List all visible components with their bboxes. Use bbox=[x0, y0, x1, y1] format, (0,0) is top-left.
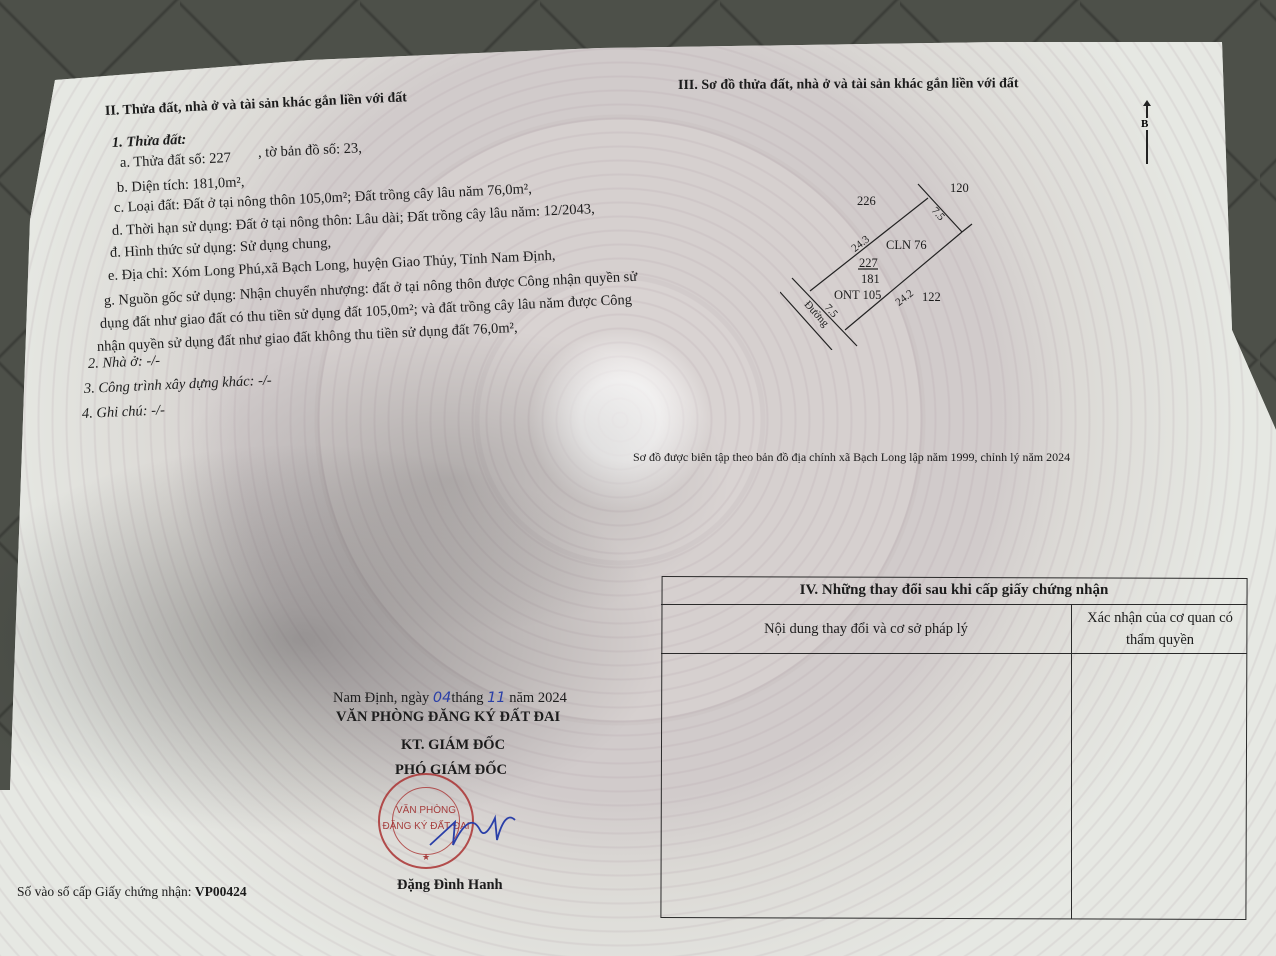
section4-heading: IV. Những thay đổi sau khi cấp giấy chứn… bbox=[661, 582, 1247, 599]
neighbor-122: 122 bbox=[922, 290, 941, 305]
registry-label: Số vào sổ cấp Giấy chứng nhận: bbox=[17, 884, 192, 899]
neighbor-120: 120 bbox=[950, 181, 969, 196]
house-item: 2. Nhà ở: -/- bbox=[88, 353, 161, 373]
registry-entry: Số vào sổ cấp Giấy chứng nhận: VP00424 bbox=[17, 884, 247, 900]
section3-heading: III. Sơ đồ thửa đất, nhà ở và tài sản kh… bbox=[678, 76, 1019, 94]
place-date: Nam Định, ngày 04tháng 11 năm 2024 bbox=[333, 690, 567, 707]
parcel-map-area: 181 bbox=[861, 272, 880, 287]
year-label: năm 2024 bbox=[509, 690, 567, 706]
neighbor-226: 226 bbox=[857, 194, 876, 209]
land-use-cln: CLN 76 bbox=[886, 238, 927, 253]
star-icon: ★ bbox=[422, 852, 430, 863]
for-director: KT. GIÁM ĐỐC bbox=[401, 737, 505, 754]
land-use-ont: ONT 105 bbox=[834, 288, 881, 303]
column-authority-confirmation: Xác nhận của cơ quan có thẩm quyền bbox=[1073, 607, 1247, 651]
month-label: tháng bbox=[451, 690, 483, 706]
arrow-up-icon bbox=[1143, 100, 1151, 106]
signer-name: Đặng Đình Hanh bbox=[397, 877, 503, 894]
handwritten-signature bbox=[425, 800, 525, 850]
north-arrow: B bbox=[1142, 100, 1152, 164]
map-source-note: Sơ đồ được biên tập theo bản đồ địa chín… bbox=[633, 450, 1070, 465]
place-date-prefix: Nam Định, ngày bbox=[333, 690, 429, 706]
issuing-office: VĂN PHÒNG ĐĂNG KÝ ĐẤT ĐAI bbox=[336, 709, 560, 726]
north-letter: B bbox=[1141, 118, 1148, 130]
registry-number: VP00424 bbox=[195, 884, 247, 899]
parcel-map bbox=[780, 170, 1000, 350]
parcel-map-number: 227 bbox=[859, 256, 878, 271]
date-day: 04 bbox=[433, 690, 451, 706]
column-change-content: Nội dung thay đổi và cơ sở pháp lý bbox=[661, 621, 1071, 638]
changes-table: IV. Những thay đổi sau khi cấp giấy chứn… bbox=[661, 577, 1247, 919]
date-month: 11 bbox=[487, 690, 505, 706]
section2-sub1: 1. Thửa đất: bbox=[112, 132, 187, 152]
